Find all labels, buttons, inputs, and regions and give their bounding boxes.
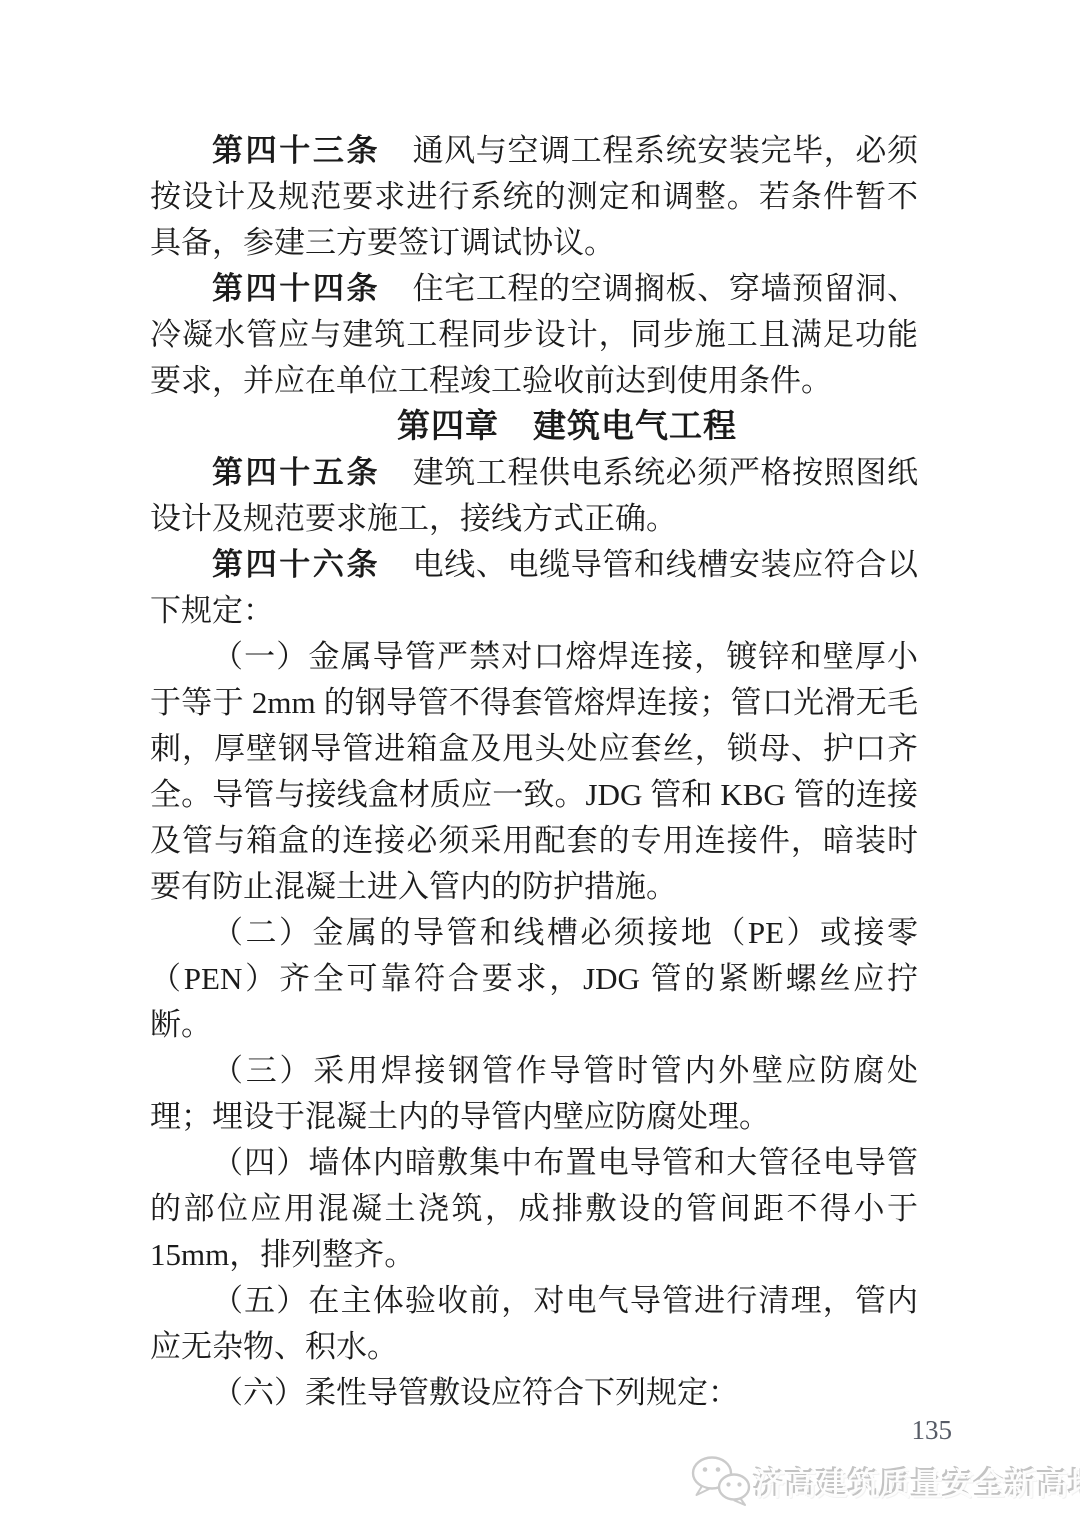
chapter-heading: 第四章 建筑电气工程 [150, 404, 918, 450]
document-body: 第四十三条通风与空调工程系统安装完毕，必须按设计及规范要求进行系统的测定和调整。… [150, 128, 918, 1416]
watermark-label: 济高建筑质量安全新高地 [754, 1459, 1080, 1504]
wechat-icon [690, 1456, 754, 1506]
article-46-number: 第四十六条 [212, 547, 380, 582]
article-44: 第四十四条住宅工程的空调搁板、穿墙预留洞、冷凝水管应与建筑工程同步设计，同步施工… [150, 266, 918, 404]
clause-item-3: （三）采用焊接钢管作导管时管内外壁应防腐处理；埋设于混凝土内的导管内壁应防腐处理… [150, 1048, 918, 1140]
clause-item-1: （一）金属导管严禁对口熔焊连接，镀锌和壁厚小于等于 2mm 的钢导管不得套管熔焊… [150, 634, 918, 910]
article-45-number: 第四十五条 [212, 455, 380, 490]
clause-item-6: （六）柔性导管敷设应符合下列规定： [150, 1370, 918, 1416]
page-number: 135 [912, 1414, 953, 1446]
article-43: 第四十三条通风与空调工程系统安装完毕，必须按设计及规范要求进行系统的测定和调整。… [150, 128, 918, 266]
article-43-number: 第四十三条 [212, 133, 380, 168]
article-45: 第四十五条建筑工程供电系统必须严格按照图纸设计及规范要求施工，接线方式正确。 [150, 450, 918, 542]
watermark: 济高建筑质量安全新高地 [690, 1456, 1080, 1506]
article-46: 第四十六条电线、电缆导管和线槽安装应符合以下规定： [150, 542, 918, 634]
document-page: 第四十三条通风与空调工程系统安装完毕，必须按设计及规范要求进行系统的测定和调整。… [0, 0, 1080, 1527]
clause-item-5: （五）在主体验收前，对电气导管进行清理，管内应无杂物、积水。 [150, 1278, 918, 1370]
clause-item-4: （四）墙体内暗敷集中布置电导管和大管径电导管的部位应用混凝土浇筑，成排敷设的管间… [150, 1140, 918, 1278]
article-44-number: 第四十四条 [212, 271, 380, 306]
clause-item-2: （二）金属的导管和线槽必须接地（PE）或接零（PEN）齐全可靠符合要求，JDG … [150, 910, 918, 1048]
